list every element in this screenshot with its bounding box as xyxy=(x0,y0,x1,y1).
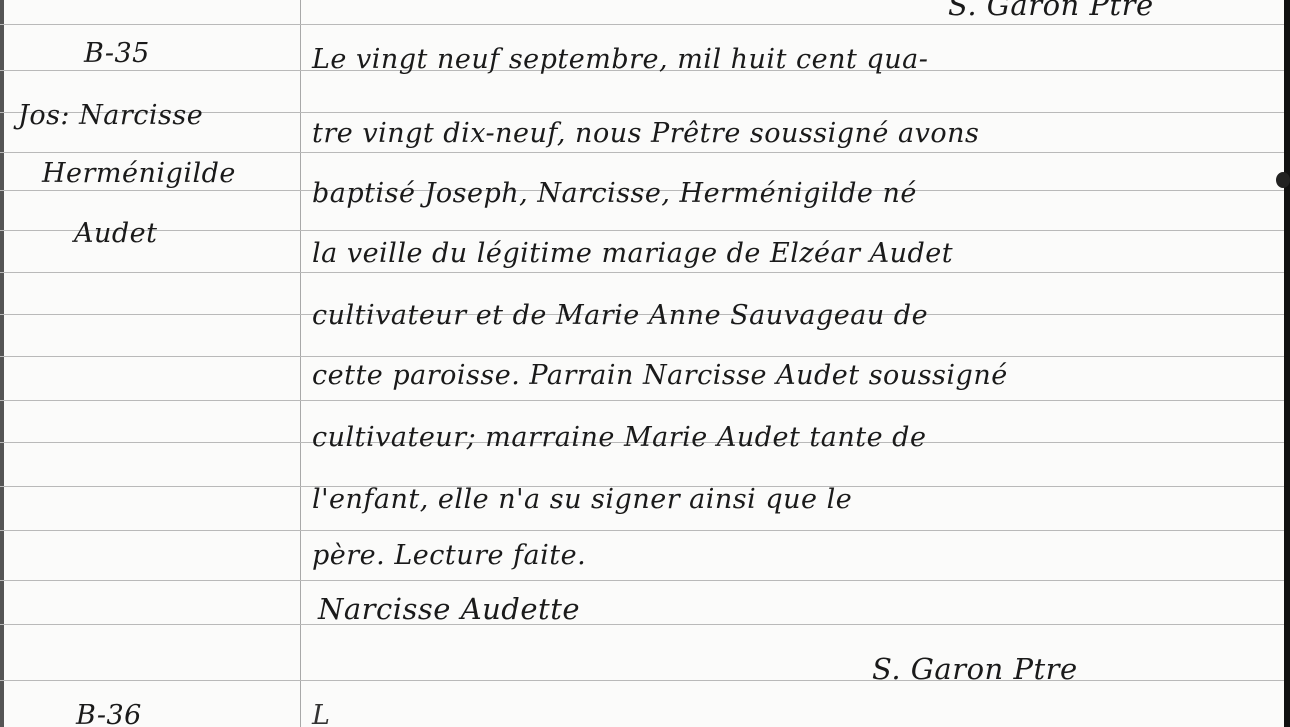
ruled-line xyxy=(0,272,1284,273)
ruled-line xyxy=(0,356,1284,357)
margin-name-line-1: Jos: Narcisse xyxy=(18,100,203,131)
entry-line-5: cultivateur et de Marie Anne Sauvageau d… xyxy=(312,300,928,331)
previous-entry-signature: S. Garon Ptre xyxy=(948,0,1154,22)
ruled-line xyxy=(0,580,1284,581)
record-number: B-35 xyxy=(84,38,150,69)
priest-signature: S. Garon Ptre xyxy=(872,652,1078,686)
margin-rule xyxy=(300,0,301,727)
entry-line-6: cette paroisse. Parrain Narcisse Audet s… xyxy=(312,360,1008,391)
ruled-line xyxy=(0,152,1284,153)
ruled-line xyxy=(0,680,1284,681)
next-entry-first-letter: L xyxy=(312,700,330,727)
register-page: S. Garon Ptre B-35 Jos: Narcisse Herméni… xyxy=(0,0,1290,727)
page-binding-edge xyxy=(1284,0,1290,727)
page-left-edge xyxy=(0,0,4,727)
ruled-line xyxy=(0,400,1284,401)
ruled-line xyxy=(0,230,1284,231)
entry-line-4: la veille du légitime mariage de Elzéar … xyxy=(312,238,953,269)
ruled-line xyxy=(0,24,1284,25)
margin-name-line-3: Audet xyxy=(74,218,158,249)
entry-line-1: Le vingt neuf septembre, mil huit cent q… xyxy=(312,44,928,75)
ruled-line xyxy=(0,624,1284,625)
entry-line-2: tre vingt dix-neuf, nous Prêtre soussign… xyxy=(312,118,979,149)
entry-line-8: l'enfant, elle n'a su signer ainsi que l… xyxy=(312,484,852,515)
entry-line-7: cultivateur; marraine Marie Audet tante … xyxy=(312,422,926,453)
binding-thread-icon xyxy=(1276,172,1290,188)
next-record-number: B-36 xyxy=(76,700,142,727)
margin-name-line-2: Herménigilde xyxy=(42,158,236,189)
godfather-signature: Narcisse Audette xyxy=(318,592,580,626)
ruled-line xyxy=(0,530,1284,531)
entry-line-3: baptisé Joseph, Narcisse, Herménigilde n… xyxy=(312,178,917,209)
entry-line-9: père. Lecture faite. xyxy=(312,540,586,571)
